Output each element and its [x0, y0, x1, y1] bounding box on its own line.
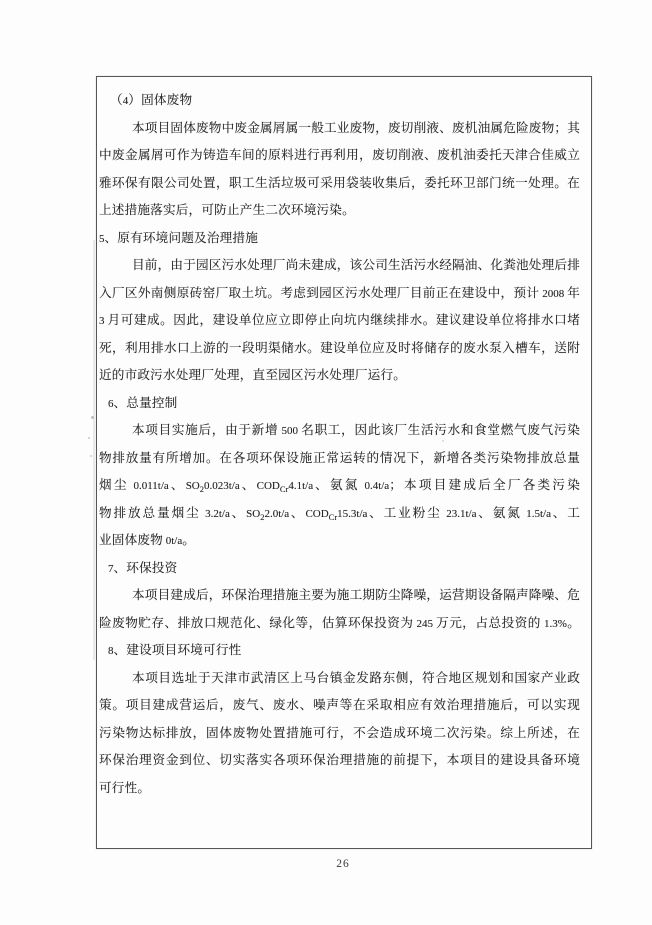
- text-line: 污染物达标排放，固体废物处置措施可行，不会造成环境二次污染。综上所述，在: [99, 720, 580, 748]
- page-number: 26: [96, 858, 590, 870]
- text-line: 险废物贮存、排放口规范化、绿化等，估算环保投资为 245 万元，占总投资的 1.…: [99, 610, 580, 638]
- scan-speck: [91, 416, 94, 419]
- text-line: 本项目实施后，由于新增 500 名职工，因此该厂生活污水和食堂燃气废气污染: [132, 417, 580, 445]
- text-line: 物排放总量烟尘 3.2t/a、SO22.0t/a、CODCr15.3t/a、工业…: [99, 500, 580, 528]
- text-line: 物排放量有所增加。在各项环保设施正常运转的情况下，新增各类污染物排放总量: [99, 445, 580, 473]
- text-line: 6、总量控制: [108, 390, 580, 418]
- text-line: 目前，由于园区污水处理厂尚未建成，该公司生活污水经隔油、化粪池处理后排: [132, 252, 580, 280]
- text-line: 入厂区外南侧原砖窑厂取土坑。考虑到园区污水处理厂目前正在建设中，预计 2008 …: [99, 280, 580, 308]
- text-line: 雅环保有限公司处置，职工生活垃圾可采用袋装收集后，委托环卫部门统一处理。在: [99, 170, 580, 198]
- text-line: 本项目选址于天津市武清区上马台镇金发路东侧，符合地区规划和国家产业政: [132, 665, 580, 693]
- text-line: 死，利用排水口上游的一段明渠储水。建设单位应及时将储存的废水泵入槽车，送附: [99, 335, 580, 363]
- text-line: 业固体废物 0t/a。: [99, 527, 580, 555]
- text-line: 近的市政污水处理厂处理，直至园区污水处理厂运行。: [99, 362, 580, 390]
- text-line: 5、原有环境问题及治理措施: [99, 225, 580, 253]
- text-line: 可行性。: [99, 775, 580, 803]
- text-line: （4）固体废物: [110, 87, 580, 115]
- text-line: 策。项目建成营运后，废气、废水、噪声等在采取相应有效治理措施后，可以实现: [99, 692, 580, 720]
- document-body: （4）固体废物本项目固体废物中废金属屑属一般工业废物，废切削液、废机油属危险废物…: [99, 87, 580, 802]
- scan-speck: [90, 455, 92, 457]
- text-line: 环保治理资金到位、切实落实各项环保治理措施的前提下，本项目的建设具备环境: [99, 747, 580, 775]
- scan-speck: [88, 437, 90, 439]
- text-line: 中废金属屑可作为铸造车间的原料进行再利用，废切削液、废机油委托天津合佳威立: [99, 142, 580, 170]
- text-line: 7、环保投资: [108, 555, 580, 583]
- scan-artifact-streak: [93, 240, 95, 660]
- text-line: 8、建设项目环境可行性: [108, 637, 580, 665]
- text-line: 3 月可建成。因此，建设单位应立即停止向坑内继续排水。建议建设单位将排水口堵: [99, 307, 580, 335]
- subscript: Cr: [329, 512, 338, 522]
- text-line: 本项目建成后，环保治理措施主要为施工期防尘降噪，运营期设备隔声降噪、危: [132, 582, 580, 610]
- text-line: 烟尘 0.011t/a、SO20.023t/a、CODCr4.1t/a、氨氮 0…: [99, 472, 580, 500]
- scanned-document-page: （4）固体废物本项目固体废物中废金属屑属一般工业废物，废切削液、废机油属危险废物…: [0, 0, 652, 925]
- text-line: 本项目固体废物中废金属屑属一般工业废物，废切削液、废机油属危险废物；其: [132, 115, 580, 143]
- text-line: 上述措施落实后，可防止产生二次环境污染。: [99, 197, 580, 225]
